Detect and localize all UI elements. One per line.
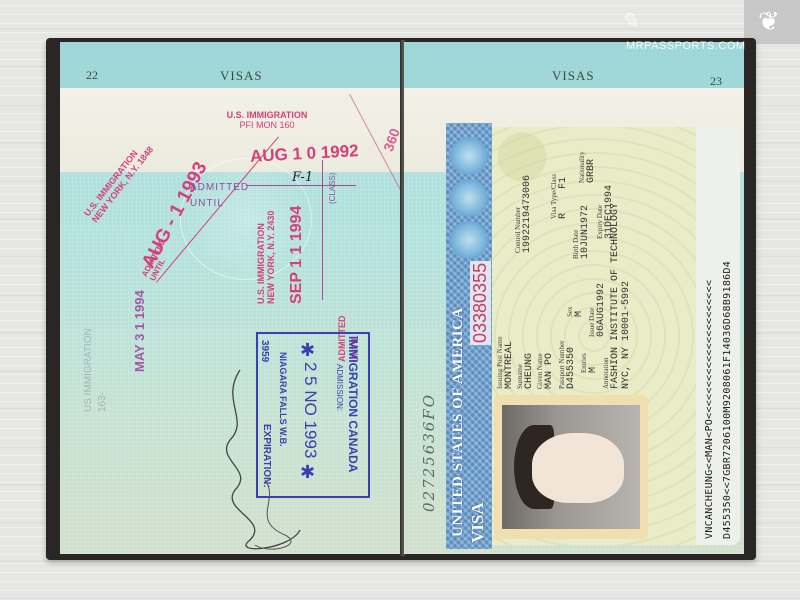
field-control-number: Control Number 19922194730​06 <box>514 175 533 253</box>
stamp-class-label: (CLASS) <box>328 172 337 204</box>
machine-readable-zone: VNCANCHEUNG<<MAN<PO<<<<<<<<<<<<<<<<<<<<<… <box>696 127 740 545</box>
watermark-text: MRPASSPORTS.COM <box>626 40 746 52</box>
field-annotation: Annotation FASHION INSTITUTE OF TECHNOLO… <box>602 203 632 389</box>
visa-photo <box>494 395 648 539</box>
rosette-icon <box>450 179 488 217</box>
field-sex: Sex M <box>566 307 585 318</box>
mrz-line-2: D455350<<7GBR7206100M9208061F14036D68B91… <box>722 261 733 539</box>
rosette-icon <box>450 137 488 175</box>
field-passport-number: Passport Number D455350 <box>558 341 577 389</box>
visa-data-area: Issuing Post Name MONTREAL Control Numbe… <box>492 127 696 545</box>
rosette-icon <box>450 221 488 259</box>
maple-leaf-icon: ✱ <box>300 340 315 361</box>
class-line-v <box>322 160 323 300</box>
us-visa-foil: UNITED STATES OF AMERICA VISA 03380355 I… <box>446 123 740 549</box>
handwritten-class: F-1 <box>292 170 313 185</box>
stamp-us-immigration-pfi: U.S. IMMIGRATION PFI MON 160 <box>222 110 312 130</box>
page-header-left: VISAS <box>220 68 263 84</box>
page-header-right: VISAS <box>552 68 595 84</box>
handwritten-signature <box>210 360 320 554</box>
mrz-line-1: VNCANCHEUNG<<MAN<PO<<<<<<<<<<<<<<<<<<<<<… <box>704 280 715 539</box>
canada-admission: ADMISSION: <box>335 364 344 411</box>
canada-title: IMMIGRATION CANADA <box>346 336 360 472</box>
visa-type: VISA <box>468 502 488 543</box>
stamp-date-ny-2: SEP 1 1 1994 <box>288 206 306 304</box>
canada-number: 3959 <box>259 340 270 362</box>
handwritten-number: 02725636FO <box>420 393 438 512</box>
field-entries: Entries M <box>580 353 599 373</box>
laurel-crest-icon: ❦ <box>758 6 780 37</box>
field-given-name: Given Name MAN PO <box>536 353 555 389</box>
left-page: 22 VISAS U.S. IMMIGRATION NEW YORK, N.Y.… <box>60 42 402 554</box>
page-number-right: 23 <box>710 74 722 89</box>
stamp-faded-text: US IMMIGRATION 163- <box>82 328 110 412</box>
field-issuing-post: Issuing Post Name MONTREAL <box>496 337 515 390</box>
field-birth-date: Birth Date 10JUN1972 <box>572 205 591 259</box>
stamp-us-immigration-ny-2: U.S. IMMIGRATION NEW YORK, N.Y. 2430 <box>256 211 276 304</box>
page-number-left: 22 <box>86 68 98 83</box>
visa-number: 03380355 <box>470 261 491 345</box>
photo-background <box>502 405 640 529</box>
watermark-signature: ✎ <box>620 8 740 36</box>
stamp-faded-date: MAY 3 1 1994 <box>132 290 147 372</box>
class-line-h <box>246 185 356 186</box>
field-surname: Surname CHEUNG <box>516 353 535 389</box>
field-visa-class: Visa Type/Class R F1 <box>550 174 569 219</box>
visa-security-strip: UNITED STATES OF AMERICA VISA 03380355 <box>446 123 492 549</box>
visa-country: UNITED STATES OF AMERICA <box>450 307 467 537</box>
stamp-admitted-pfi: ADMITTED UNTIL <box>190 180 249 212</box>
photo-face <box>532 433 624 503</box>
field-nationality: Nationality GRBR <box>578 152 597 184</box>
